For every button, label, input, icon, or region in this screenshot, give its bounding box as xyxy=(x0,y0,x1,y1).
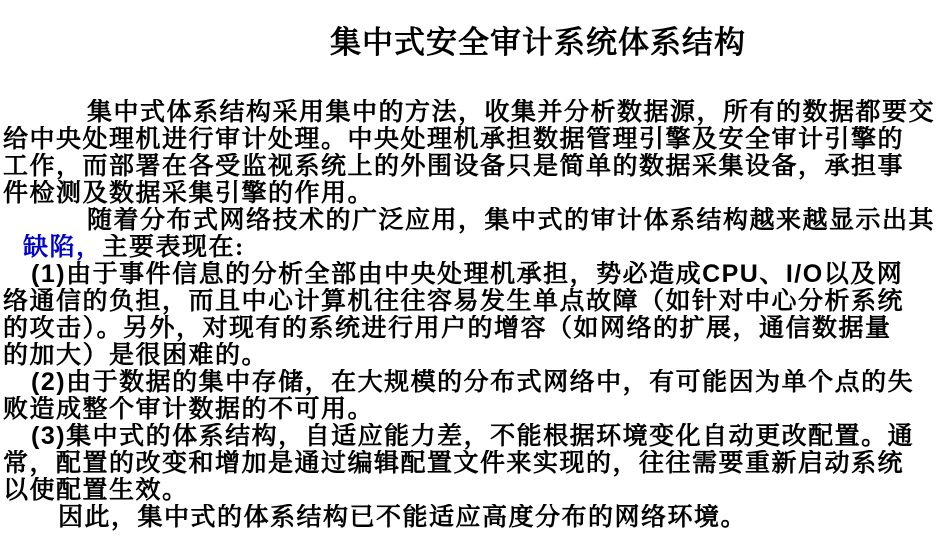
paragraph-3-line-1-text: 由于事件信息的分析全部由中央处理机承担，势必造成 xyxy=(66,261,702,288)
presentation-slide: 集中式安全审计系统体系结构 集中式体系结构采用集中的方法，收集并分析数据源，所有… xyxy=(0,0,952,540)
paragraph-2-line-2-rest: 主要表现在: xyxy=(103,234,245,261)
paragraph-1-line-4: 件检测及数据采集引擎的作用。 xyxy=(3,180,950,207)
item-2-number: (2) xyxy=(31,369,66,396)
flaw-highlight-text: 缺陷， xyxy=(23,234,103,261)
paragraph-4-line-1-text: 由于数据的集中存储，在大规模的分布式网络中，有可能因为单个点的失 xyxy=(66,369,914,396)
paragraph-5-line-1: (3)集中式的体系结构，自适应能力差，不能根据环境变化自动更改配置。通 xyxy=(3,423,950,450)
paragraph-1-line-2: 给中央处理机进行审计处理。中央处理机承担数据管理引擎及安全审计引擎的 xyxy=(3,126,950,153)
paragraph-2-line-2: 缺陷，主要表现在: xyxy=(3,234,950,261)
paragraph-4-line-1: (2)由于数据的集中存储，在大规模的分布式网络中，有可能因为单个点的失 xyxy=(3,369,950,396)
paragraph-3-line-3: 的攻击）。另外，对现有的系统进行用户的增容（如网络的扩展，通信数据量 xyxy=(3,315,950,342)
item-1-number: (1) xyxy=(31,261,66,288)
paragraph-1-line-1: 集中式体系结构采用集中的方法，收集并分析数据源，所有的数据都要交 xyxy=(3,99,950,126)
paragraph-3-line-2: 络通信的负担，而且中心计算机往往容易发生单点故障（如针对中心分析系统 xyxy=(3,288,950,315)
item-3-number: (3) xyxy=(31,423,66,450)
paragraph-3-line-1-tail: 以及网 xyxy=(824,261,904,288)
conclusion-line: 因此，集中式的体系结构已不能适应高度分布的网络环境。 xyxy=(3,504,950,531)
paragraph-3-line-4: 的加大）是很困难的。 xyxy=(3,342,950,369)
cpu-io-bold-text: CPU、I/O xyxy=(702,261,824,288)
paragraph-4-line-2: 败造成整个审计数据的不可用。 xyxy=(3,396,950,423)
paragraph-5-line-3: 以使配置生效。 xyxy=(3,477,950,504)
paragraph-5-line-1-text: 集中式的体系结构，自适应能力差，不能根据环境变化自动更改配置。通 xyxy=(66,423,914,450)
paragraph-5-line-2: 常，配置的改变和增加是通过编辑配置文件来实现的，往往需要重新启动系统 xyxy=(3,450,950,477)
paragraph-2-line-1: 随着分布式网络技术的广泛应用，集中式的审计体系结构越来越显示出其 xyxy=(3,207,950,234)
page-title: 集中式安全审计系统体系结构 xyxy=(0,17,952,62)
paragraph-3-line-1: (1)由于事件信息的分析全部由中央处理机承担，势必造成CPU、I/O以及网 xyxy=(3,261,950,288)
paragraph-1-line-3: 工作，而部署在各受监视系统上的外围设备只是简单的数据采集设备，承担事 xyxy=(3,153,950,180)
slide-body-text: 集中式体系结构采用集中的方法，收集并分析数据源，所有的数据都要交 给中央处理机进… xyxy=(3,99,950,531)
